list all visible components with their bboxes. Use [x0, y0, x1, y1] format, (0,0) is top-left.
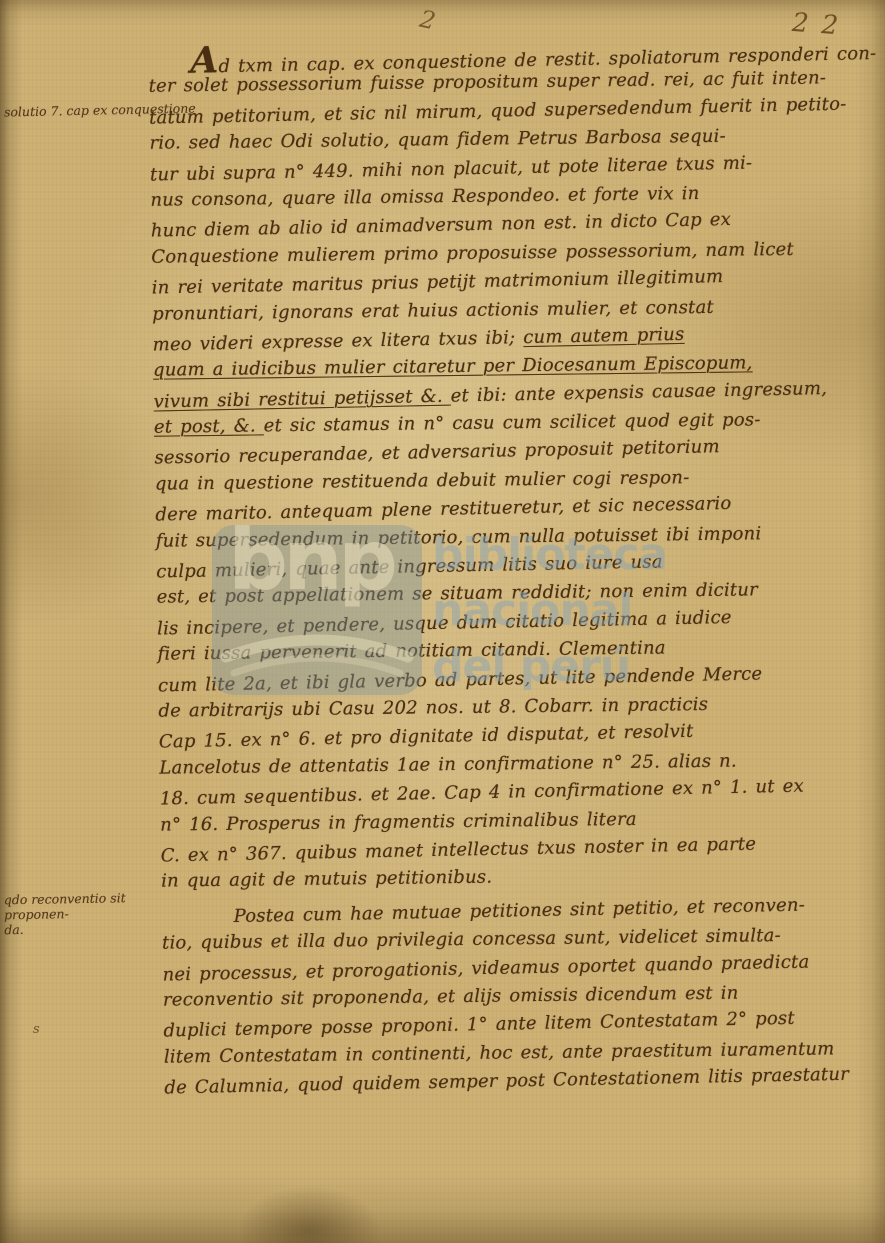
paragraph-1: Ad txm in cap. ex conquestione de restit…	[148, 35, 885, 898]
text-segment: Lancelotus de attentatis 1ae in confirma…	[159, 750, 737, 778]
paragraph-2: Postea cum hae mutuae petitiones sint pe…	[161, 891, 885, 1101]
text-segment: pronuntiari, ignorans erat huius actioni…	[152, 296, 714, 324]
text-segment: reconventio sit proponenda, et alijs omi…	[163, 982, 739, 1010]
text-segment: nus consona, quare illa omissa Respondeo…	[150, 183, 699, 211]
text-segment: est, et post appellationem se situam red…	[157, 580, 758, 608]
text-segment: et sic stamus in n° casu cum scilicet qu…	[264, 409, 761, 436]
manuscript-page: 22 2 solutio 7. cap ex conquestione qdo …	[0, 0, 885, 1243]
text-segment: fuit supersedendum in petitorio, cum nul…	[156, 523, 762, 551]
text-segment: qua in questione restituenda debuit muli…	[155, 467, 690, 495]
text-segment: et ibi: ante expensis causae ingressum,	[450, 378, 827, 407]
ink-mark: s	[33, 1022, 40, 1037]
text-segment: tio, quibus et illa duo privilegia conce…	[162, 925, 781, 954]
underlined-text: vivum sibi restitui petijsset &.	[153, 385, 451, 412]
text-segment: meo videri expresse ex litera txus ibi;	[152, 327, 523, 355]
margin-note-reconventio: qdo reconventio sit proponen-da.	[4, 890, 155, 938]
ink-flourish: 2	[417, 5, 438, 36]
underlined-text: et post, &.	[154, 415, 264, 437]
margin-note-line: da.	[4, 920, 154, 938]
text-segment: n° 16. Prosperus in fragmentis criminali…	[160, 808, 637, 835]
manuscript-text: Ad txm in cap. ex conquestione de restit…	[148, 35, 885, 1102]
text-segment: de arbitrarijs ubi Casu 202 nos. ut 8. C…	[158, 694, 708, 722]
text-segment: fieri iussa pervenerit ad notitiam citan…	[157, 638, 665, 665]
text-segment: in qua agit de mutuis petitionibus.	[161, 867, 492, 892]
underlined-text: cum autem prius	[523, 324, 685, 348]
margin-note-line: qdo reconventio sit proponen-	[4, 890, 155, 923]
text-segment: rio. sed haec Odi solutio, quam fidem Pe…	[149, 126, 726, 154]
underlined-text: quam a iudicibus mulier citaretur per Di…	[153, 353, 753, 381]
